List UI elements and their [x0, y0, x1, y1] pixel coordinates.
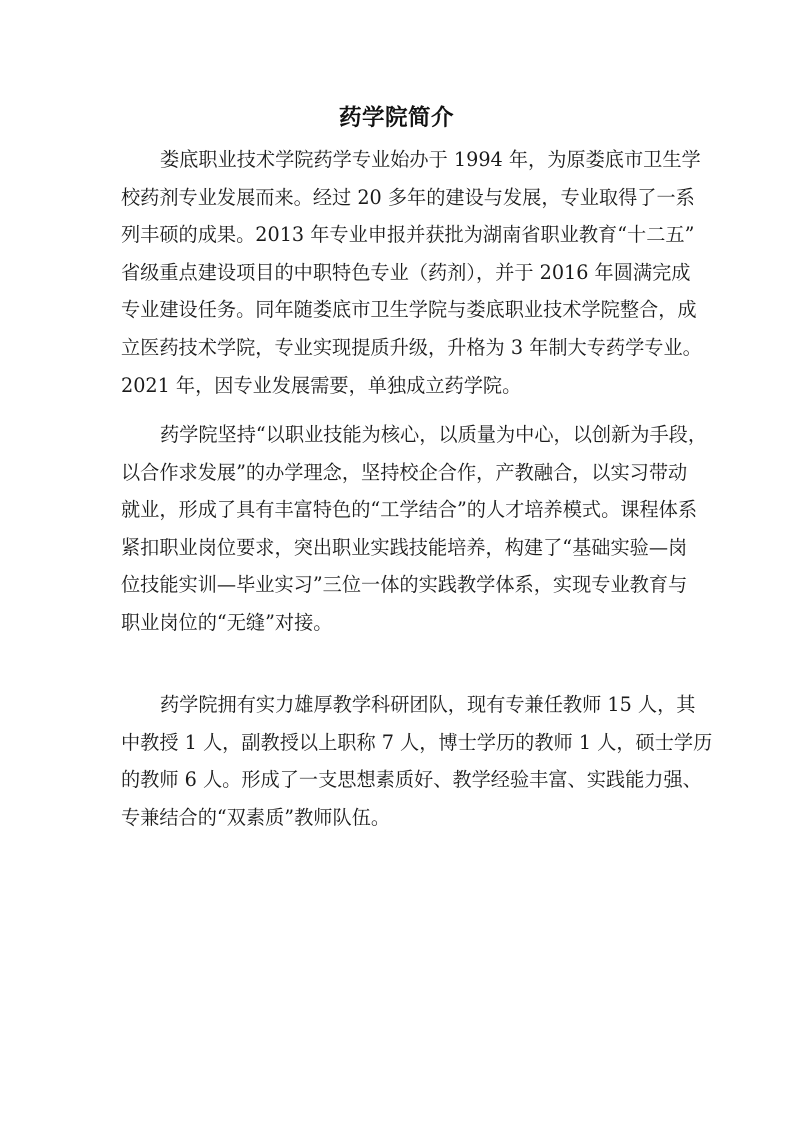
paragraph-line: 专业建设任务。同年随娄底市卫生学院与娄底职业技术学院整合，成 [121, 291, 677, 329]
paragraph-line: 列丰硕的成果。2013 年专业申报并获批为湖南省职业教育“十二五” [121, 216, 677, 254]
paragraph-line: 专兼结合的“双素质”教师队伍。 [121, 799, 677, 837]
paragraph-line: 中教授 1 人，副教授以上职称 7 人，博士学历的教师 1 人，硕士学历 [121, 724, 677, 762]
paragraph-line: 药学院坚持“以职业技能为核心，以质量为中心，以创新为手段， [121, 416, 677, 454]
paragraph-line: 就业，形成了具有丰富特色的“工学结合”的人才培养模式。课程体系 [121, 491, 677, 529]
paragraph-faculty: 药学院拥有实力雄厚教学科研团队，现有专兼任教师 15 人，其 中教授 1 人，副… [121, 686, 677, 836]
document-page: 药学院简介 娄底职业技术学院药学专业始办于 1994 年，为原娄底市卫生学 校药… [0, 0, 793, 1122]
paragraph-line: 省级重点建设项目的中职特色专业（药剂），并于 2016 年圆满完成 [121, 254, 677, 292]
paragraph-philosophy: 药学院坚持“以职业技能为核心，以质量为中心，以创新为手段， 以合作求发展”的办学… [121, 416, 677, 642]
paragraph-line: 药学院拥有实力雄厚教学科研团队，现有专兼任教师 15 人，其 [121, 686, 677, 724]
page-title: 药学院简介 [0, 103, 793, 133]
paragraph-line: 位技能实训—毕业实习”三位一体的实践教学体系，实现专业教育与 [121, 566, 677, 604]
paragraph-line: 以合作求发展”的办学理念，坚持校企合作，产教融合，以实习带动 [121, 454, 677, 492]
paragraph-line: 娄底职业技术学院药学专业始办于 1994 年，为原娄底市卫生学 [121, 141, 677, 179]
paragraph-line: 立医药技术学院，专业实现提质升级，升格为 3 年制大专药学专业。 [121, 329, 677, 367]
paragraph-line: 2021 年，因专业发展需要，单独成立药学院。 [121, 367, 677, 405]
paragraph-line: 校药剂专业发展而来。经过 20 多年的建设与发展，专业取得了一系 [121, 179, 677, 217]
paragraph-line: 的教师 6 人。形成了一支思想素质好、教学经验丰富、实践能力强、 [121, 761, 677, 799]
paragraph-line: 职业岗位的“无缝”对接。 [121, 604, 677, 642]
paragraph-line: 紧扣职业岗位要求，突出职业实践技能培养，构建了“基础实验—岗 [121, 529, 677, 567]
paragraph-history: 娄底职业技术学院药学专业始办于 1994 年，为原娄底市卫生学 校药剂专业发展而… [121, 141, 677, 404]
